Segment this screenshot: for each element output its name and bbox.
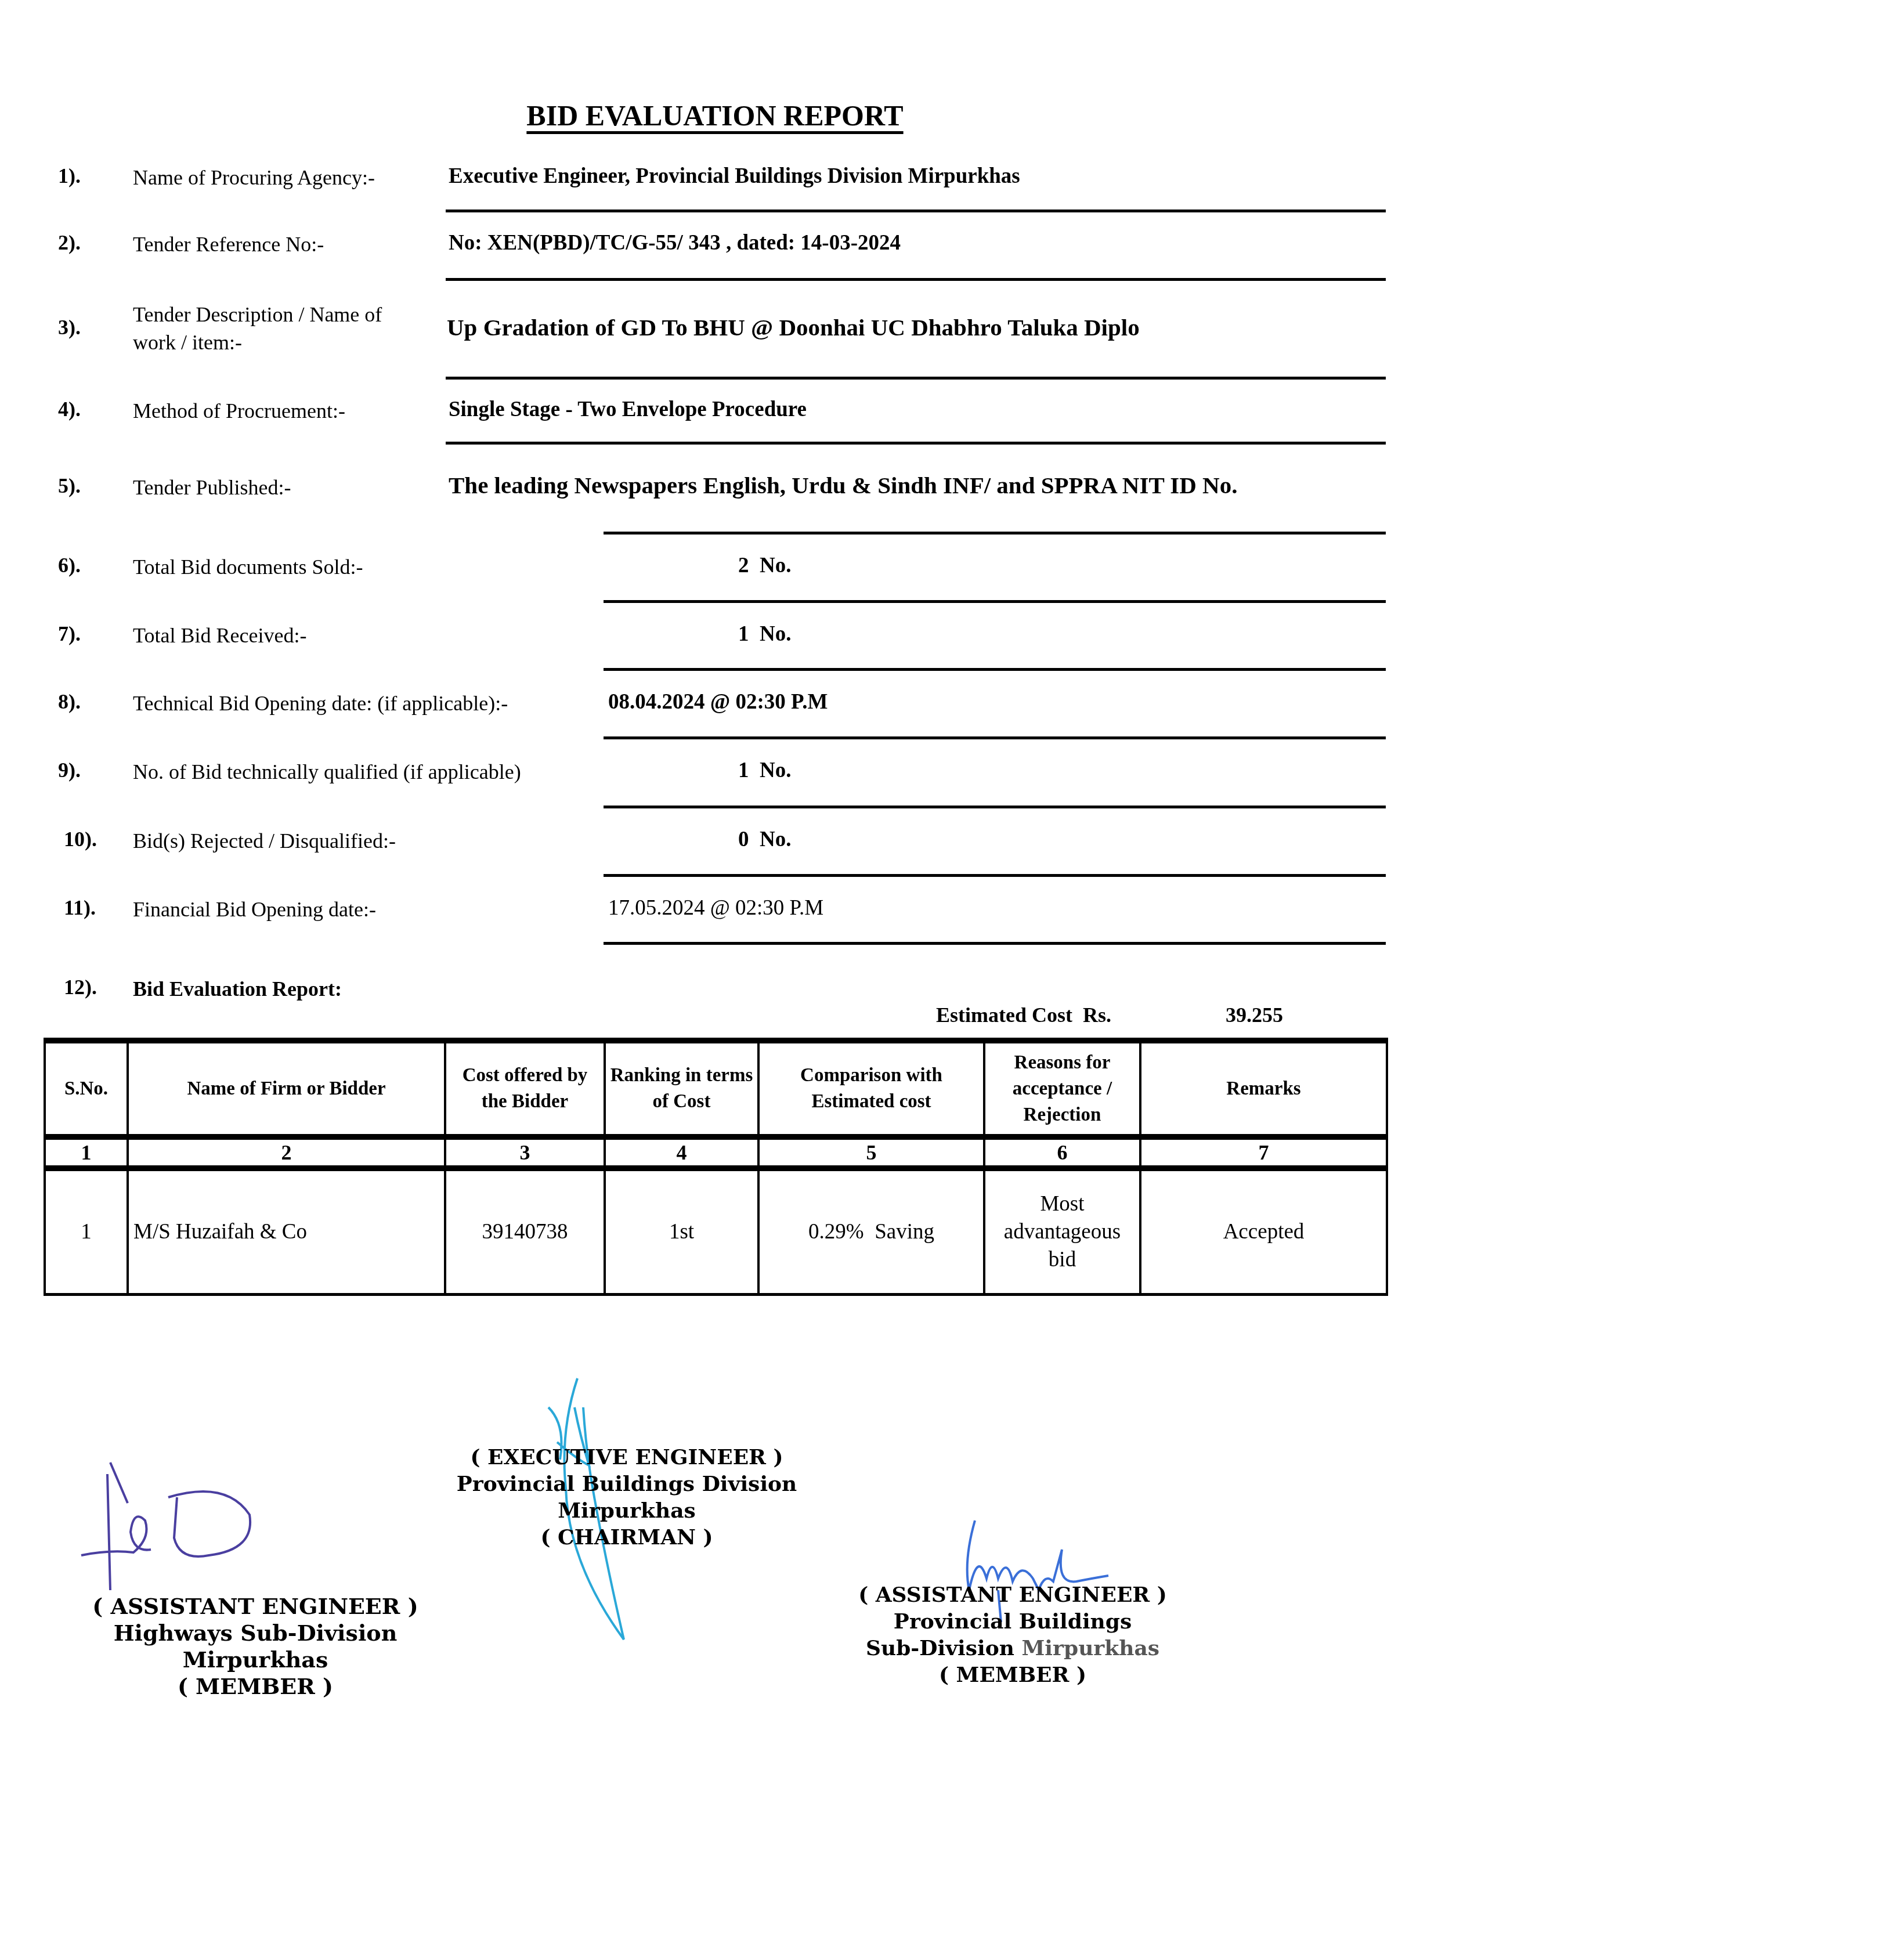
- financial-opening-date-value: 17.05.2024 @ 02:30 P.M: [608, 895, 823, 920]
- bids-received-value: 1 No.: [738, 622, 791, 647]
- divider: [446, 442, 1386, 445]
- chairman-signature-block: ( EXECUTIVE ENGINEER ) Provincial Buildi…: [429, 1444, 824, 1551]
- technical-opening-date-value: 08.04.2024 @ 02:30 P.M: [608, 689, 828, 714]
- item-3-label-line1: Tender Description / Name of: [133, 301, 382, 328]
- procuring-agency-value: Executive Engineer, Provincial Buildings…: [449, 164, 1020, 189]
- tender-description-value: Up Gradation of GD To BHU @ Doonhai UC D…: [447, 313, 1140, 341]
- item-6-number: 6).: [58, 553, 104, 577]
- divider: [604, 532, 1386, 534]
- table-row: 1 M/S Huzaifah & Co 39140738 1st 0.29% S…: [45, 1168, 1387, 1295]
- right-member-city: Mirpurkhas: [1021, 1636, 1159, 1660]
- divider: [604, 600, 1386, 603]
- cell-comparison: 0.29% Saving: [758, 1168, 984, 1295]
- cell-firm: M/S Huzaifah & Co: [128, 1168, 445, 1295]
- cell-reason: Most advantageous bid: [984, 1168, 1140, 1295]
- bid-evaluation-table: S.No. Name of Firm or Bidder Cost offere…: [44, 1038, 1388, 1296]
- item-8-label: Technical Bid Opening date: (if applicab…: [133, 689, 508, 717]
- right-member-role: ( MEMBER ): [836, 1662, 1190, 1688]
- report-title-text: BID EVALUATION REPORT: [526, 99, 903, 132]
- cell-remarks: Accepted: [1140, 1168, 1387, 1295]
- left-member-division: Highways Sub-Division: [81, 1620, 429, 1646]
- item-2-label: Tender Reference No:-: [133, 230, 324, 258]
- column-number: 2: [128, 1137, 445, 1168]
- divider: [604, 874, 1386, 877]
- divider: [604, 668, 1386, 671]
- technically-qualified-value: 1 No.: [738, 758, 791, 783]
- header-ranking: Ranking in terms of Cost: [605, 1041, 758, 1137]
- item-2-number: 2).: [58, 230, 104, 255]
- report-title: BID EVALUATION REPORT: [0, 99, 1430, 132]
- chairman-title: ( EXECUTIVE ENGINEER ): [429, 1444, 824, 1471]
- left-member-location: Mirpurkhas: [81, 1646, 429, 1673]
- item-5-label: Tender Published:-: [133, 474, 291, 501]
- item-3-label-line2: work / item:-: [133, 328, 382, 356]
- column-number: 6: [984, 1137, 1140, 1168]
- chairman-division: Provincial Buildings Division: [429, 1471, 824, 1497]
- item-1-label: Name of Procuring Agency:-: [133, 164, 375, 192]
- left-member-role: ( MEMBER ): [81, 1673, 429, 1700]
- item-12-number: 12).: [64, 975, 110, 999]
- item-3-number: 3).: [58, 315, 104, 340]
- tender-reference-value: No: XEN(PBD)/TC/G-55/ 343 , dated: 14-03…: [449, 230, 901, 255]
- column-number: 5: [758, 1137, 984, 1168]
- table-header-row: S.No. Name of Firm or Bidder Cost offere…: [45, 1041, 1387, 1137]
- header-reasons: Reasons for acceptance / Rejection: [984, 1041, 1140, 1137]
- item-4-number: 4).: [58, 397, 104, 421]
- item-7-label: Total Bid Received:-: [133, 622, 306, 649]
- right-member-division: Provincial Buildings: [836, 1608, 1190, 1635]
- left-signature-icon: [75, 1451, 284, 1596]
- header-firm: Name of Firm or Bidder: [128, 1041, 445, 1137]
- left-member-title: ( ASSISTANT ENGINEER ): [81, 1593, 429, 1620]
- divider: [604, 736, 1386, 739]
- bids-rejected-value: 0 No.: [738, 827, 791, 852]
- bid-documents-sold-value: 2 No.: [738, 553, 791, 578]
- item-11-number: 11).: [64, 895, 110, 920]
- item-7-number: 7).: [58, 622, 104, 646]
- header-sno: S.No.: [45, 1041, 128, 1137]
- divider: [446, 377, 1386, 380]
- divider: [604, 806, 1386, 808]
- item-8-number: 8).: [58, 689, 104, 714]
- estimated-cost-label: Estimated Cost Rs.: [936, 1003, 1111, 1027]
- estimated-cost-value: 39.255: [1226, 1003, 1283, 1027]
- item-12-label: Bid Evaluation Report:: [133, 975, 342, 1003]
- divider: [604, 942, 1386, 945]
- divider: [446, 210, 1386, 212]
- procurement-method-value: Single Stage - Two Envelope Procedure: [449, 397, 807, 422]
- column-number: 7: [1140, 1137, 1387, 1168]
- item-3-label: Tender Description / Name of work / item…: [133, 301, 382, 356]
- item-10-label: Bid(s) Rejected / Disqualified:-: [133, 827, 396, 855]
- right-member-title: ( ASSISTANT ENGINEER ): [836, 1581, 1190, 1608]
- column-number: 4: [605, 1137, 758, 1168]
- cell-cost: 39140738: [445, 1168, 605, 1295]
- column-number: 3: [445, 1137, 605, 1168]
- header-remarks: Remarks: [1140, 1041, 1387, 1137]
- right-member-location: Sub-Division Mirpurkhas: [836, 1635, 1190, 1662]
- cell-ranking: 1st: [605, 1168, 758, 1295]
- item-4-label: Method of Procruement:-: [133, 397, 345, 425]
- item-1-number: 1).: [58, 164, 104, 188]
- left-member-signature-block: ( ASSISTANT ENGINEER ) Highways Sub-Divi…: [81, 1593, 429, 1700]
- item-9-label: No. of Bid technically qualified (if app…: [133, 758, 521, 786]
- item-11-label: Financial Bid Opening date:-: [133, 895, 376, 923]
- column-number-row: 1 2 3 4 5 6 7: [45, 1137, 1387, 1168]
- cell-sno: 1: [45, 1168, 128, 1295]
- chairman-role: ( CHAIRMAN ): [429, 1524, 824, 1551]
- header-comparison: Comparison with Estimated cost: [758, 1041, 984, 1137]
- header-cost: Cost offered by the Bidder: [445, 1041, 605, 1137]
- divider: [446, 278, 1386, 281]
- right-member-subdivision: Sub-Division: [866, 1636, 1014, 1660]
- chairman-location: Mirpurkhas: [429, 1497, 824, 1524]
- item-6-label: Total Bid documents Sold:-: [133, 553, 363, 581]
- right-member-signature-block: ( ASSISTANT ENGINEER ) Provincial Buildi…: [836, 1581, 1190, 1688]
- item-9-number: 9).: [58, 758, 104, 782]
- item-5-number: 5).: [58, 474, 104, 498]
- tender-published-value: The leading Newspapers English, Urdu & S…: [449, 471, 1237, 499]
- column-number: 1: [45, 1137, 128, 1168]
- item-10-number: 10).: [64, 827, 110, 851]
